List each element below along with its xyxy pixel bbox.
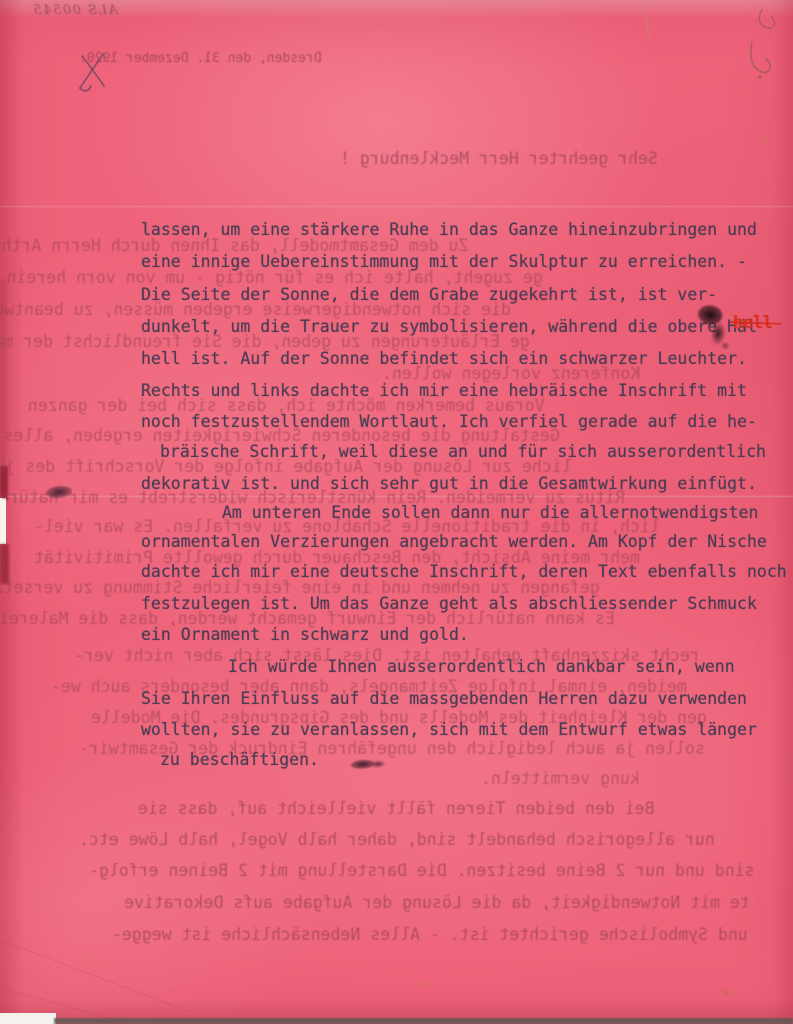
typed-line: ein Ornament in schwarz und gold.: [141, 625, 469, 645]
typed-line: dunkelt, um die Trauer zu symbolisieren,…: [141, 317, 757, 337]
paper-corner-notch: [0, 1013, 56, 1024]
typed-line: festzulegen ist. Um das Ganze geht als a…: [141, 594, 757, 614]
bleed-line: te mit Notwendigkeit, da die Lösung der …: [124, 893, 750, 913]
typed-line: dekorativ ist. und sich sehr gut in die …: [141, 474, 757, 494]
bleed-line: nur allegorisch behandelt sind, daher ha…: [79, 830, 715, 850]
typed-line: ornamentalen Verzierungen angebracht wer…: [141, 532, 767, 552]
typed-line: Am unteren Ende sollen dann nur die alle…: [222, 503, 758, 523]
typed-line: noch festzustellendem Wortlaut. Ich verf…: [141, 412, 757, 432]
foxing-spot: [723, 990, 729, 995]
typed-line: wollten, sie zu veranlassen, sich mit de…: [141, 720, 757, 740]
handwritten-archive-number-mirrored: ALS 00545: [32, 3, 118, 18]
typed-line: eine innige Uebereinstimmung mit der Sku…: [141, 252, 747, 272]
paper-crease-upper: [0, 206, 793, 207]
typed-line: Rechts und links dachte ich mir eine heb…: [141, 381, 747, 401]
bleed-line: Bei den beiden Tieren fällt vielleicht a…: [138, 799, 655, 819]
bleed-line: kung vermitteln.: [481, 769, 640, 789]
pencil-squiggle-top-right: [751, 10, 775, 79]
typed-line: zu beschäftigen.: [160, 750, 319, 770]
foxing-spot: [763, 139, 767, 143]
typed-line: lassen, um eine stärkere Ruhe in das Gan…: [141, 220, 757, 240]
crease-lines-bottom-left: [0, 940, 190, 1024]
typed-line: dachte ich mir eine deutsche Inschrift, …: [141, 562, 787, 582]
foxing-spot: [423, 982, 428, 986]
scan-edge-shadow: [54, 1018, 793, 1024]
bleed-line-date: Dresden, den 31. Dezember 1920.: [79, 49, 322, 69]
scratch-mark: [642, 2, 650, 38]
typed-line: Sie Ihren Einfluss auf die massgebenden …: [141, 689, 747, 709]
foxing-spot: [88, 958, 92, 961]
letter-page-scan: ALS 00545 Dresden, den 31. Dezember 1920…: [0, 0, 793, 1024]
typed-line: hell ist. Auf der Sonne befindet sich ei…: [141, 349, 747, 369]
bleed-line: und Symbolische gerichtet ist. - Alles N…: [112, 925, 748, 945]
typed-line: Ich würde Ihnen ausserordentlich dankbar…: [228, 657, 735, 677]
bleed-line: sind und nur 2 Beine besitzen. Die Darst…: [89, 861, 755, 881]
typed-line: bräische Schrift, weil diese an und für …: [160, 442, 766, 462]
bleed-line-salutation: Sehr geehrter Herr Mecklenburg !: [340, 149, 658, 169]
typed-line: Die Seite der Sonne, die dem Grabe zugek…: [141, 285, 717, 305]
